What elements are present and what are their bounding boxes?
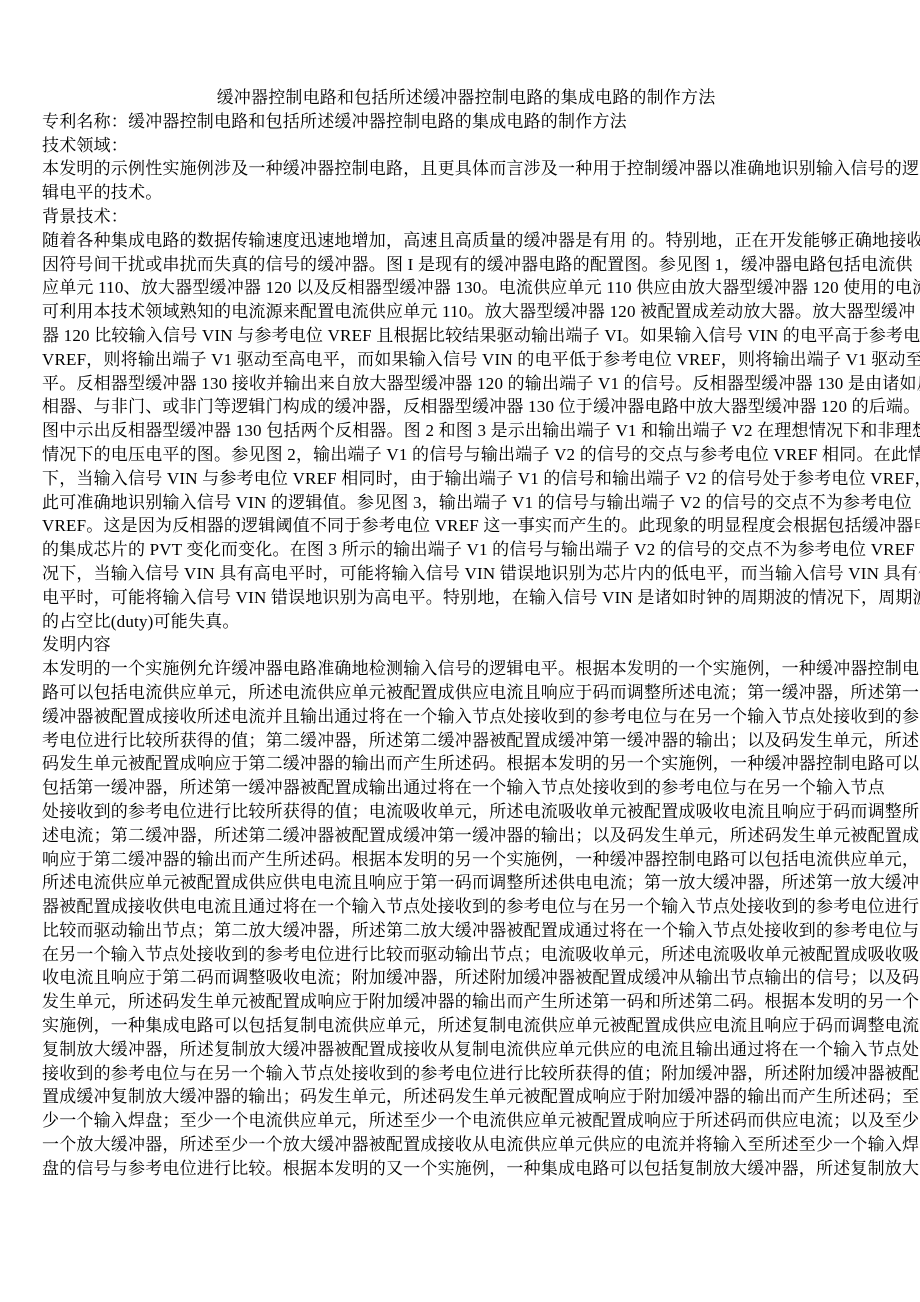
text-line: 发生单元，所述码发生单元被配置成响应于附加缓冲器的输出而产生所述第一码和所述第二… xyxy=(42,990,890,1014)
text-line: 图中示出反相器型缓冲器 130 包括两个反相器。图 2 和图 3 是示出输出端子… xyxy=(42,419,890,443)
text-line: 此可准确地识别输入信号 VIN 的逻辑值。参见图 3，输出端子 V1 的信号与输… xyxy=(42,491,890,515)
text-line: 下，当输入信号 VIN 与参考电位 VREF 相同时，由于输出端子 V1 的信号… xyxy=(42,467,890,491)
text-line: 况下，当输入信号 VIN 具有高电平时，可能将输入信号 VIN 错误地识别为芯片… xyxy=(42,562,890,586)
text-line: 的集成芯片的 PVT 变化而变化。在图 3 所示的输出端子 V1 的信号与输出端… xyxy=(42,538,890,562)
text-line: 考电位进行比较所获得的值；第二缓冲器，所述第二缓冲器被配置成缓冲第一缓冲器的输出… xyxy=(42,729,890,753)
text-line: 路可以包括电流供应单元，所述电流供应单元被配置成供应电流且响应于码而调整所述电流… xyxy=(42,681,890,705)
text-line: 缓冲器被配置成接收所述电流并且输出通过将在一个输入节点处接收到的参考电位与在另一… xyxy=(42,705,890,729)
text-line: 情况下的电压电平的图。参见图 2，输出端子 V1 的信号与输出端子 V2 的信号… xyxy=(42,443,890,467)
text-line: 辑电平的技术。 xyxy=(42,181,890,205)
text-line: 背景技术： xyxy=(42,205,890,229)
text-line: 码发生单元被配置成响应于第二缓冲器的输出而产生所述码。根据本发明的另一个实施例，… xyxy=(42,752,890,776)
text-line: 发明内容 xyxy=(42,633,890,657)
document-body: 专利名称：缓冲器控制电路和包括所述缓冲器控制电路的集成电路的制作方法技术领域：本… xyxy=(42,110,890,1181)
text-line: 所述电流供应单元被配置成供应供电电流且响应于第一码而调整所述供电电流；第一放大缓… xyxy=(42,871,890,895)
text-line: 的占空比(duty)可能失真。 xyxy=(42,610,890,634)
text-line: 器被配置成接收供电电流且通过将在一个输入节点处接收到的参考电位与在另一个输入节点… xyxy=(42,895,890,919)
text-line: 技术领域： xyxy=(42,134,890,158)
patent-document-page: 缓冲器控制电路和包括所述缓冲器控制电路的集成电路的制作方法 专利名称：缓冲器控制… xyxy=(0,0,920,1181)
text-line: 专利名称：缓冲器控制电路和包括所述缓冲器控制电路的集成电路的制作方法 xyxy=(42,110,890,134)
text-line: 一个放大缓冲器，所述至少一个放大缓冲器被配置成接收从电流供应单元供应的电流并将输… xyxy=(42,1133,890,1157)
text-line: 比较而驱动输出节点；第二放大缓冲器，所述第二放大缓冲器被配置成通过将在一个输入节… xyxy=(42,919,890,943)
text-line: 处接收到的参考电位进行比较所获得的值；电流吸收单元，所述电流吸收单元被配置成吸收… xyxy=(42,800,890,824)
text-line: 相器、与非门、或非门等逻辑门构成的缓冲器，反相器型缓冲器 130 位于缓冲器电路… xyxy=(42,395,890,419)
text-line: 置成缓冲复制放大缓冲器的输出；码发生单元，所述码发生单元被配置成响应于附加缓冲器… xyxy=(42,1085,890,1109)
text-line: 器 120 比较输入信号 VIN 与参考电位 VREF 且根据比较结果驱动输出端… xyxy=(42,324,890,348)
text-line: 实施例，一种集成电路可以包括复制电流供应单元，所述复制电流供应单元被配置成供应电… xyxy=(42,1014,890,1038)
text-line: 少一个输入焊盘；至少一个电流供应单元，所述至少一个电流供应单元被配置成响应于所述… xyxy=(42,1109,890,1133)
text-line: 因符号间干扰或串扰而失真的信号的缓冲器。图 I 是现有的缓冲器电路的配置图。参见… xyxy=(42,253,890,277)
text-line: 接收到的参考电位与在另一个输入节点处接收到的参考电位进行比较所获得的值；附加缓冲… xyxy=(42,1062,890,1086)
text-line: 响应于第二缓冲器的输出而产生所述码。根据本发明的另一个实施例，一种缓冲器控制电路… xyxy=(42,848,890,872)
text-line: 收电流且响应于第二码而调整吸收电流；附加缓冲器，所述附加缓冲器被配置成缓冲从输出… xyxy=(42,966,890,990)
text-line: 本发明的一个实施例允许缓冲器电路准确地检测输入信号的逻辑电平。根据本发明的一个实… xyxy=(42,657,890,681)
text-line: VREF，则将输出端子 V1 驱动至高电平，而如果输入信号 VIN 的电平低于参… xyxy=(42,348,890,372)
text-line: 随着各种集成电路的数据传输速度迅速地增加，高速且高质量的缓冲器是有用 的。特别地… xyxy=(42,229,890,253)
text-line: 电平时，可能将输入信号 VIN 错误地识别为高电平。特别地，在输入信号 VIN … xyxy=(42,586,890,610)
text-line: 平。反相器型缓冲器 130 接收并输出来自放大器型缓冲器 120 的输出端子 V… xyxy=(42,372,890,396)
text-line: 述电流；第二缓冲器，所述第二缓冲器被配置成缓冲第一缓冲器的输出；以及码发生单元，… xyxy=(42,824,890,848)
text-line: 复制放大缓冲器，所述复制放大缓冲器被配置成接收从复制电流供应单元供应的电流且输出… xyxy=(42,1038,890,1062)
text-line: 应单元 110、放大器型缓冲器 120 以及反相器型缓冲器 130。电流供应单元… xyxy=(42,276,890,300)
text-line: VREF。这是因为反相器的逻辑阈值不同于参考电位 VREF 这一事实而产生的。此… xyxy=(42,514,890,538)
text-line: 包括第一缓冲器，所述第一缓冲器被配置成输出通过将在一个输入节点处接收到的参考电位… xyxy=(42,776,890,800)
document-title: 缓冲器控制电路和包括所述缓冲器控制电路的集成电路的制作方法 xyxy=(42,86,890,110)
text-line: 盘的信号与参考电位进行比较。根据本发明的又一个实施例，一种集成电路可以包括复制放… xyxy=(42,1157,890,1181)
text-line: 在另一个输入节点处接收到的参考电位进行比较而驱动输出节点；电流吸收单元，所述电流… xyxy=(42,943,890,967)
text-line: 本发明的示例性实施例涉及一种缓冲器控制电路，且更具体而言涉及一种用于控制缓冲器以… xyxy=(42,157,890,181)
text-line: 可利用本技术领域熟知的电流源来配置电流供应单元 110。放大器型缓冲器 120 … xyxy=(42,300,890,324)
